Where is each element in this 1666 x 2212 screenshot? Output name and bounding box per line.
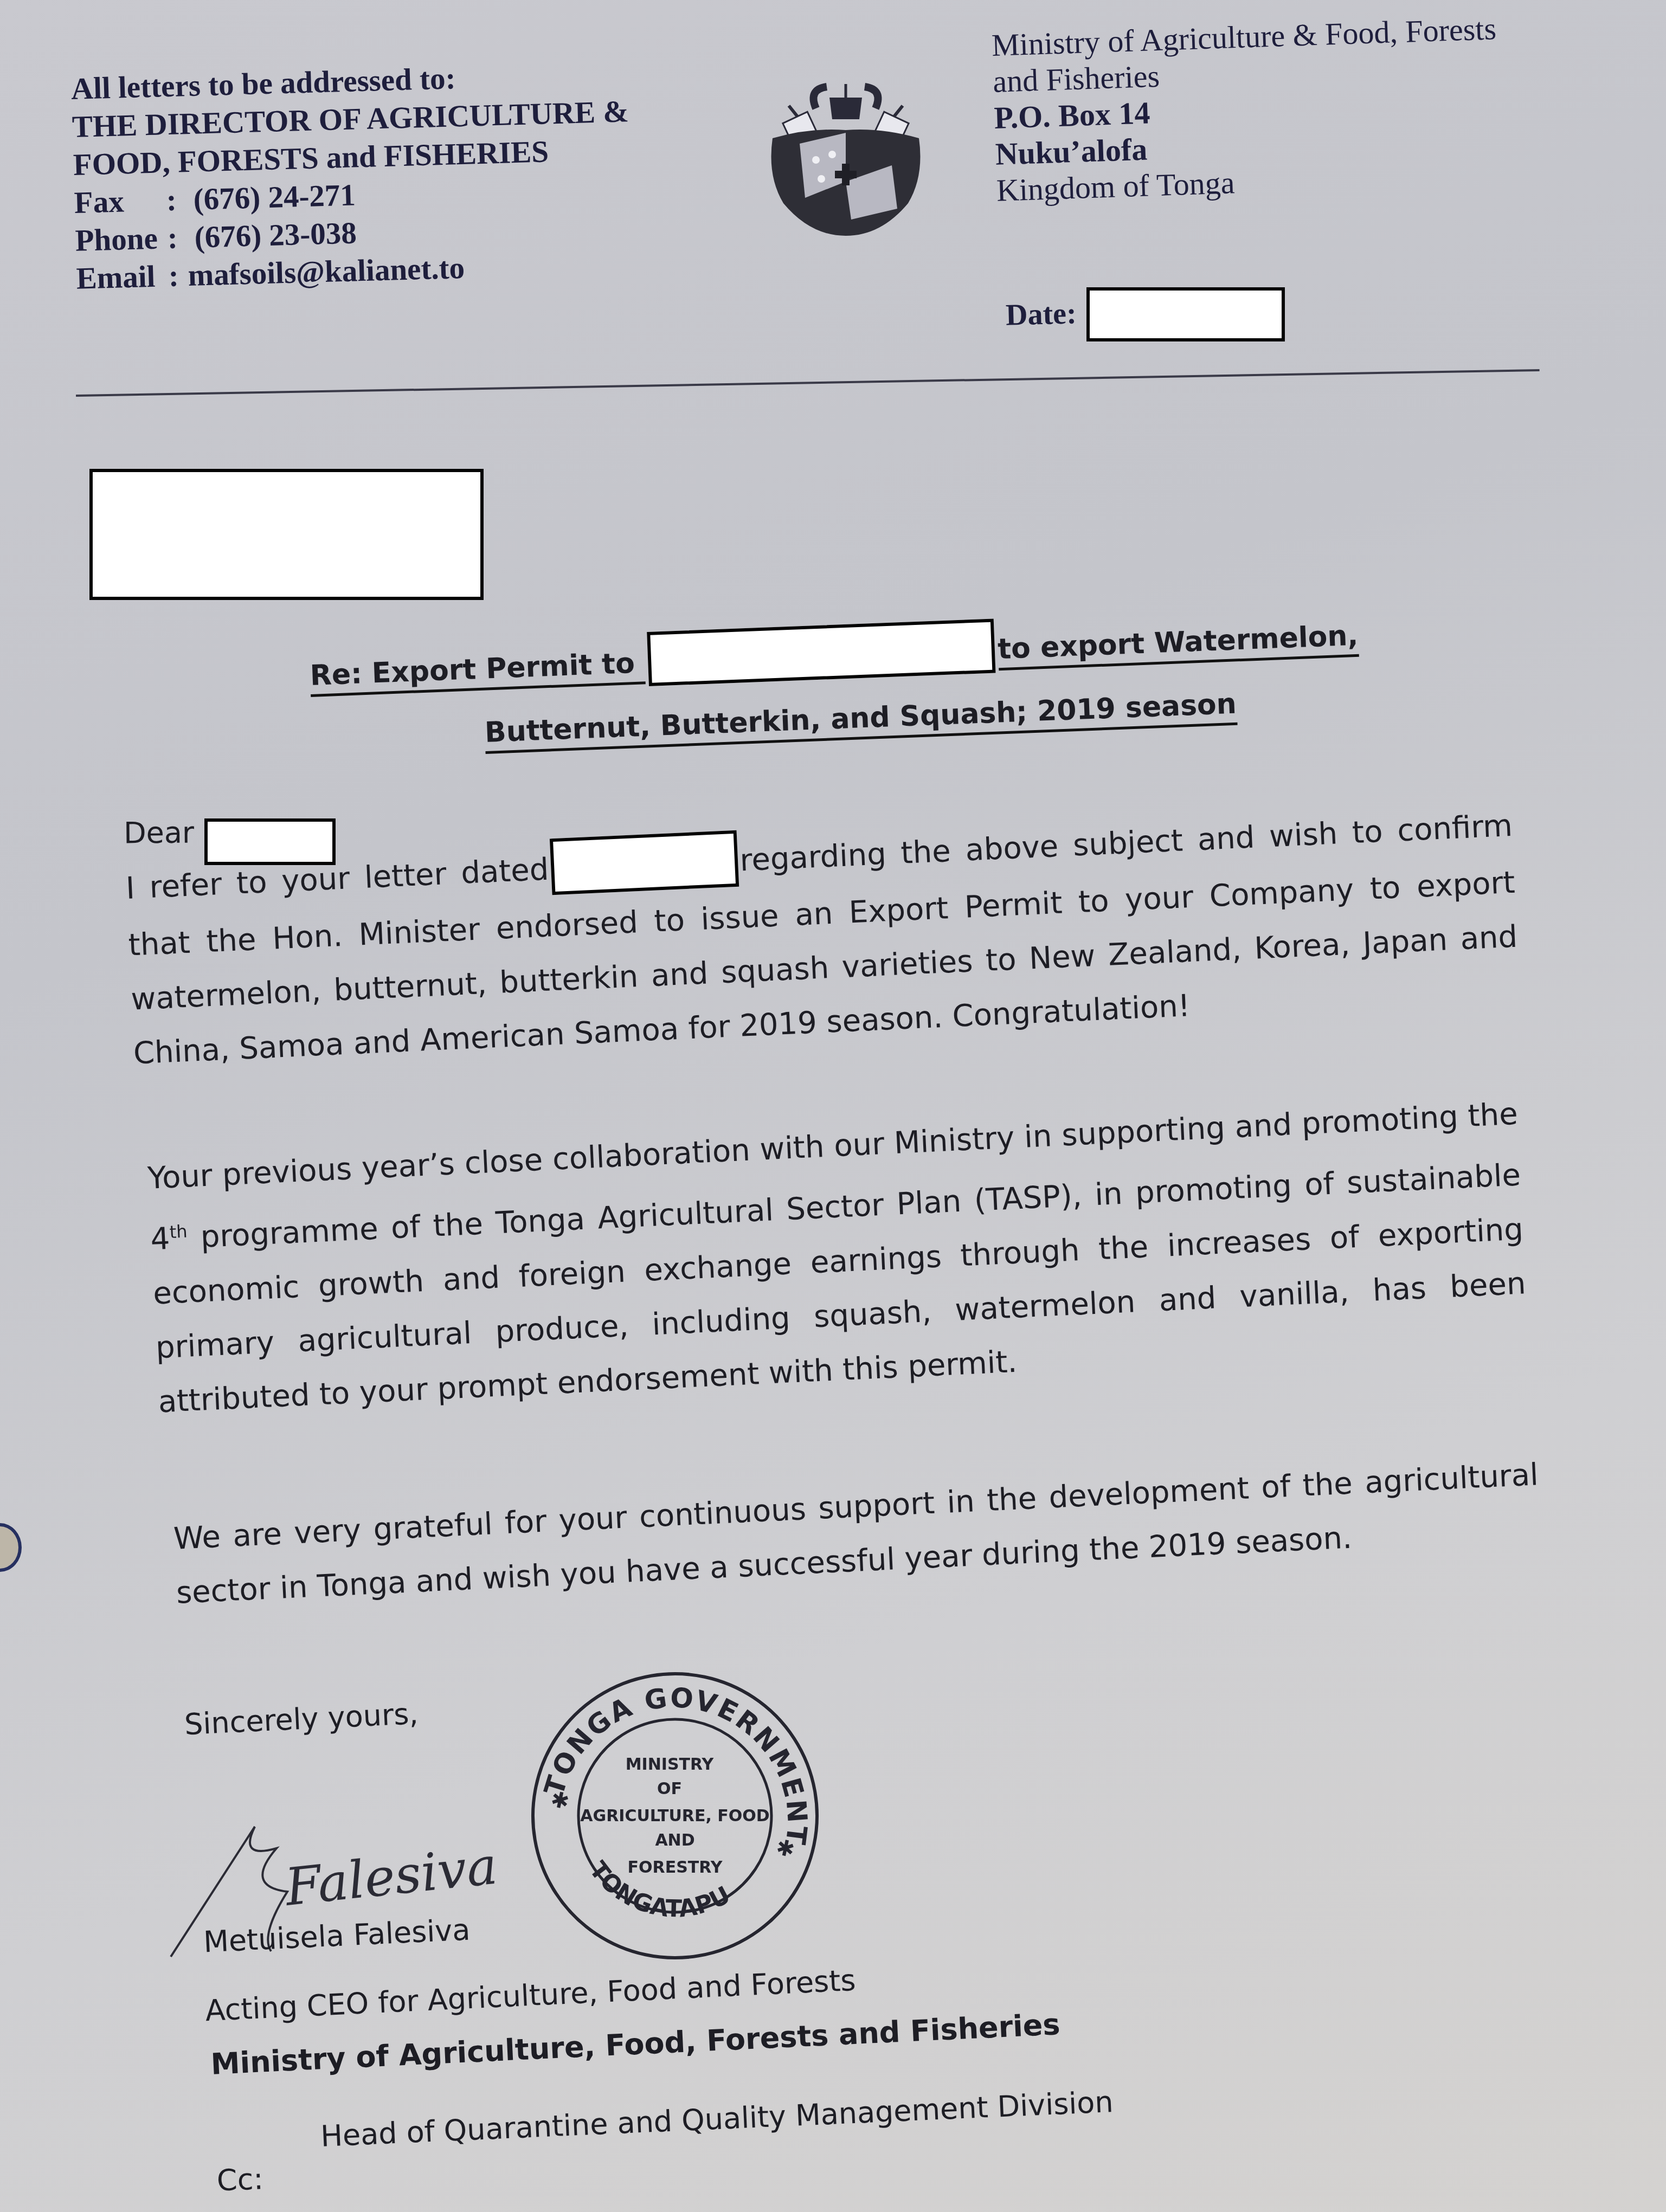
svg-text:✱: ✱ bbox=[774, 1835, 796, 1863]
binder-hole bbox=[0, 1523, 22, 1572]
stamp-inner-1: MINISTRY bbox=[626, 1755, 715, 1774]
date-label: Date: bbox=[1005, 296, 1077, 332]
redacted-company-name bbox=[647, 619, 995, 686]
subject-suffix: to export Watermelon, bbox=[997, 620, 1359, 670]
subject-line-2: Butternut, Butterkin, and Squash; 2019 s… bbox=[484, 688, 1237, 754]
subject-prefix: Re: Export Permit to bbox=[310, 647, 646, 697]
phone-label: Phone bbox=[75, 220, 168, 260]
fax-number: (676) 24-271 bbox=[193, 176, 356, 218]
email-address: mafsoils@kalianet.to bbox=[188, 249, 465, 295]
valediction: Sincerely yours, bbox=[184, 1697, 419, 1742]
stamp-inner-4: AND bbox=[655, 1831, 694, 1850]
stamp-inner-5: FORESTRY bbox=[628, 1858, 723, 1877]
stamp-inner-2: OF bbox=[657, 1779, 682, 1798]
phone-number: (676) 23-038 bbox=[194, 214, 357, 256]
header-divider bbox=[76, 369, 1540, 397]
stamp-inner-3: AGRICULTURE, FOOD bbox=[580, 1807, 769, 1826]
official-stamp: TONGA GOVERNMENT TONGATAPU ✱ ✱ MINISTRY … bbox=[520, 1659, 829, 1973]
redacted-recipient-address bbox=[89, 469, 484, 600]
redacted-letter-date bbox=[550, 830, 739, 895]
tonga-coat-of-arms-icon bbox=[756, 79, 935, 241]
cc-label: Cc: bbox=[216, 2162, 264, 2198]
letterhead-contact-block: All letters to be addressed to: THE DIRE… bbox=[70, 55, 634, 298]
cc-recipient: Head of Quarantine and Quality Managemen… bbox=[320, 2085, 1114, 2153]
salutation: Dear bbox=[124, 815, 195, 850]
fax-label: Fax bbox=[74, 182, 167, 222]
email-label: Email bbox=[76, 257, 169, 298]
signature-text: Falesiva bbox=[281, 1836, 500, 1918]
ministry-address-block: Ministry of Agriculture & Food, Forests … bbox=[991, 10, 1502, 209]
body-paragraph-2: Your previous year’s close collaboration… bbox=[146, 1087, 1529, 1429]
redacted-date bbox=[1086, 287, 1285, 341]
body-paragraph-3: We are very grateful for your continuous… bbox=[172, 1448, 1542, 1620]
